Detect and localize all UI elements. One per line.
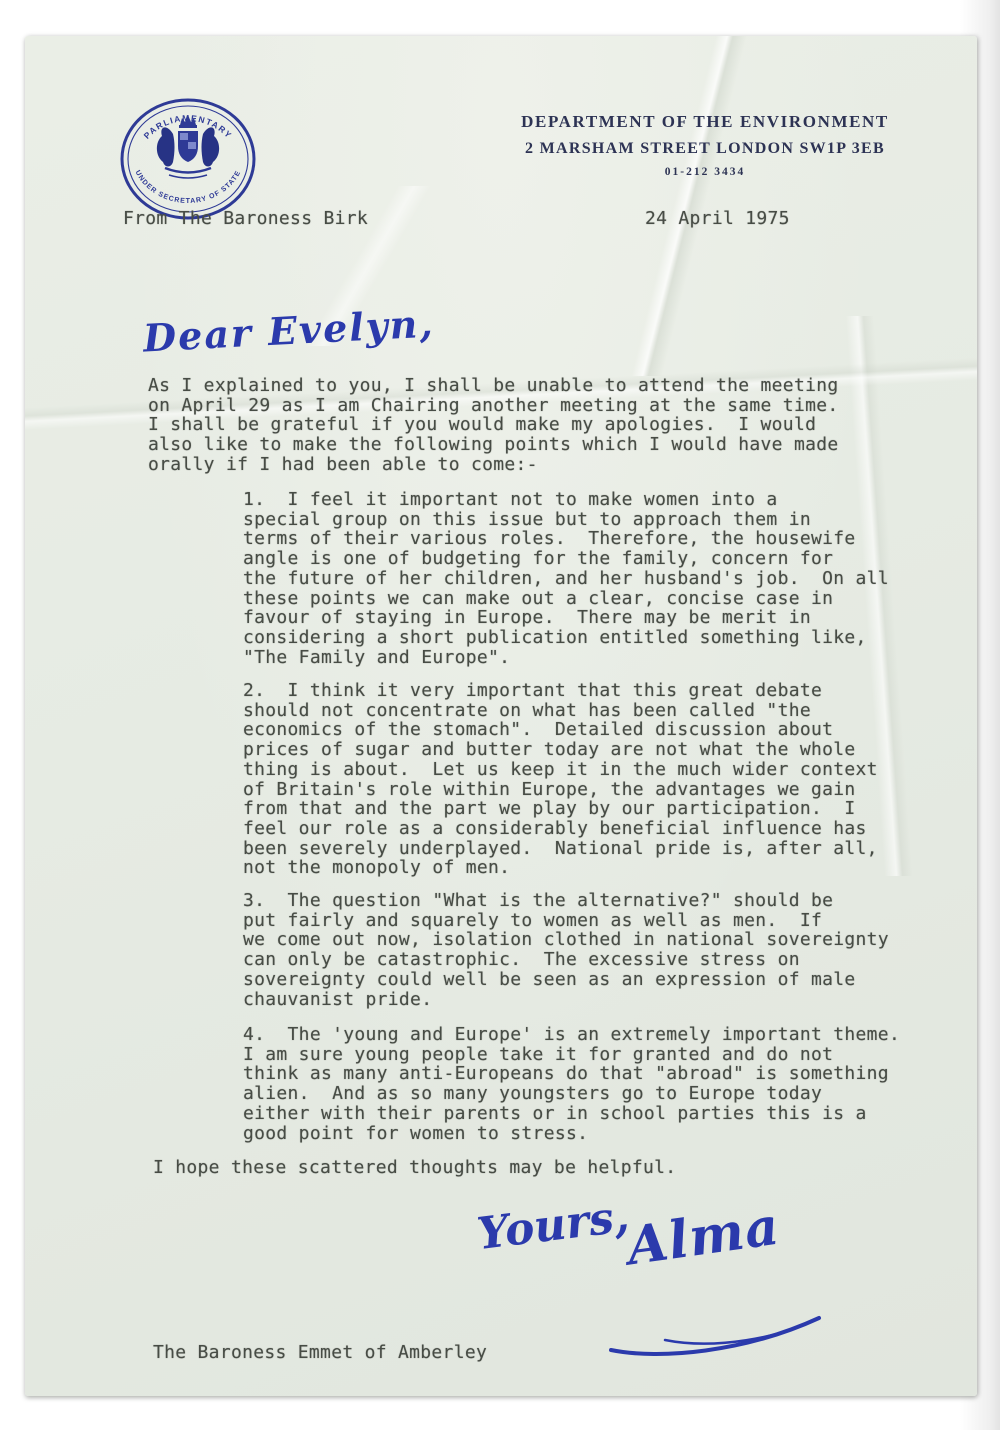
point-1: 1. I feel it important not to make women… [243, 490, 963, 667]
letterhead-address-block: DEPARTMENT OF THE ENVIRONMENT 2 MARSHAM … [465, 112, 945, 178]
paper-crease [585, 36, 785, 376]
opening-paragraph: As I explained to you, I shall be unable… [148, 376, 908, 475]
department-street-address: 2 MARSHAM STREET LONDON SW1P 3EB [465, 140, 945, 158]
letter-date: 24 April 1975 [645, 209, 790, 229]
royal-coat-of-arms-icon: PARLIAMENTARY UNDER SECRETARY OF STATE [117, 96, 259, 222]
letter-page: PARLIAMENTARY UNDER SECRETARY OF STATE D… [25, 36, 977, 1396]
from-line: From The Baroness Birk [123, 209, 368, 229]
signature-name-handwritten: Alma [623, 1196, 783, 1278]
signature-block: Yours, Alma [455, 1164, 825, 1369]
point-2: 2. I think it very important that this g… [243, 681, 963, 878]
department-phone: 01-212 3434 [465, 166, 945, 178]
point-3: 3. The question "What is the alternative… [243, 891, 963, 1009]
signature-yours-handwritten: Yours, [474, 1191, 631, 1260]
typed-sender-name: The Baroness Emmet of Amberley [153, 1343, 653, 1363]
department-name: DEPARTMENT OF THE ENVIRONMENT [465, 112, 945, 132]
salutation-handwritten: Dear Evelyn, [142, 300, 436, 360]
point-4: 4. The 'young and Europe' is an extremel… [243, 1025, 963, 1143]
